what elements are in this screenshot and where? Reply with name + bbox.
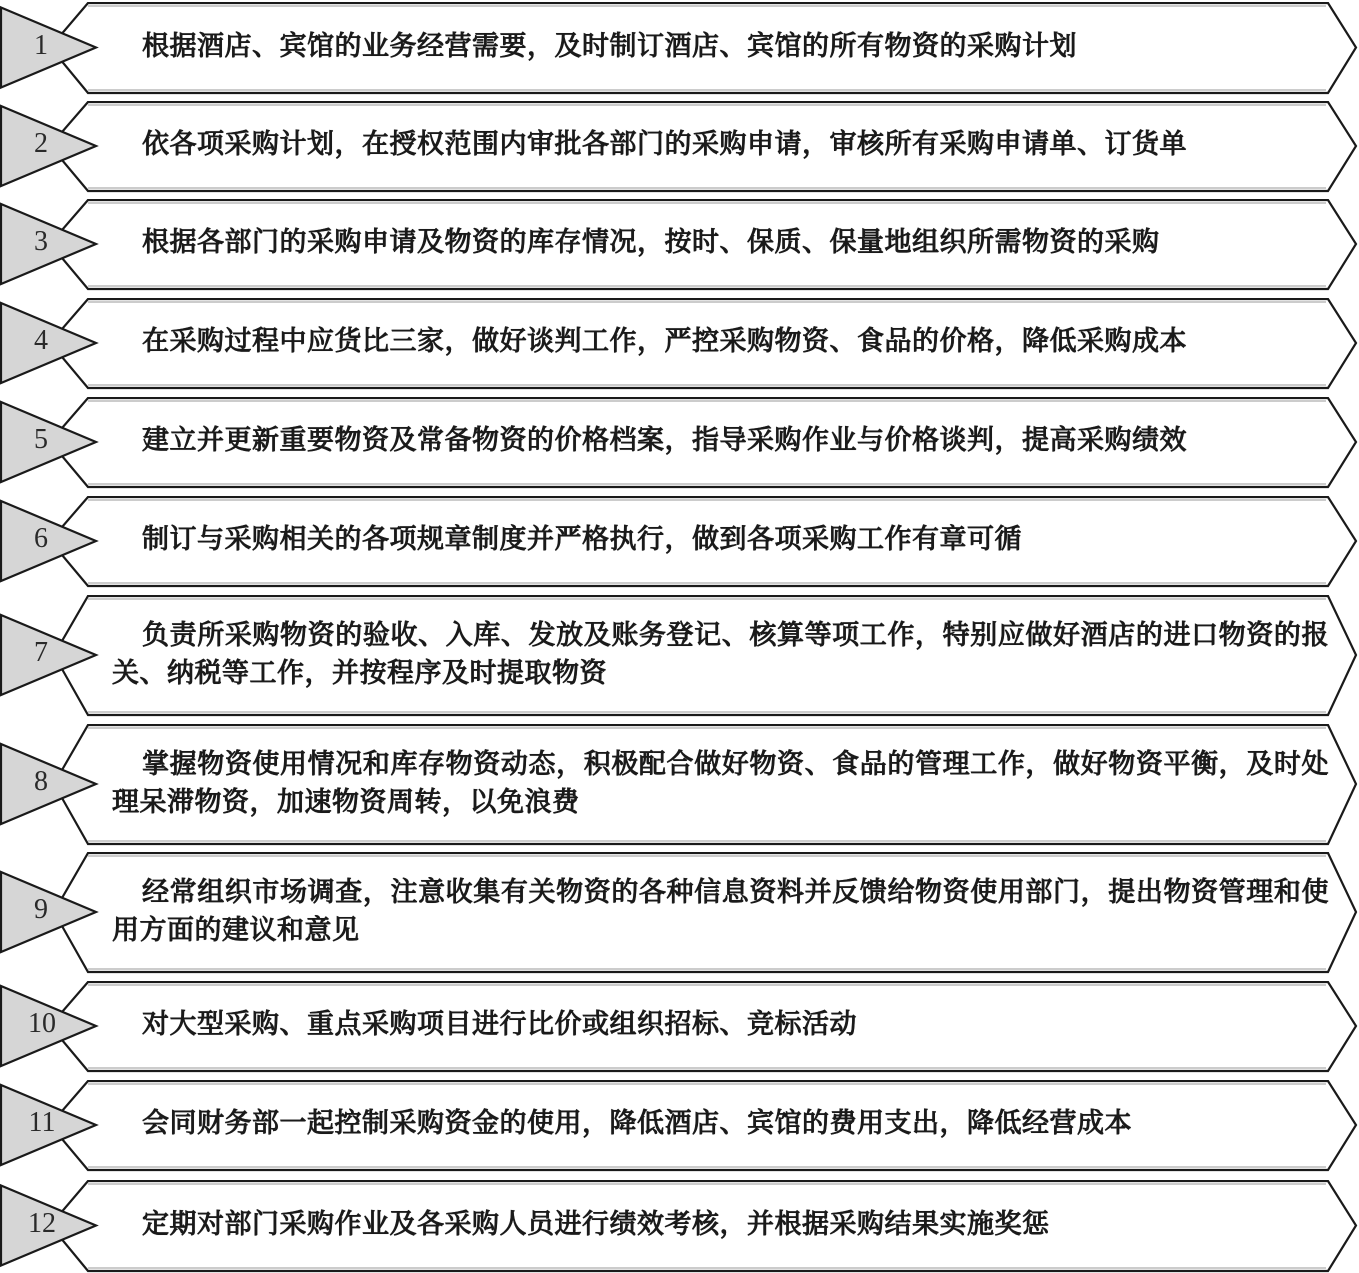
item-text: 根据各部门的采购申请及物资的库存情况，按时、保质、保量地组织所需物资的采购 — [142, 224, 1329, 262]
step-number: 11 — [0, 1107, 84, 1139]
step-number: 12 — [0, 1208, 84, 1240]
list-item-2: 2 依各项采购计划，在授权范围内审批各部门的采购申请，审核所有采购申请单、订货单 — [0, 101, 1359, 191]
step-number: 6 — [0, 523, 82, 555]
item-text: 掌握物资使用情况和库存物资动态，积极配合做好物资、食品的管理工作，做好物资平衡，… — [112, 746, 1329, 822]
step-number: 7 — [0, 637, 82, 669]
item-text: 定期对部门采购作业及各采购人员进行绩效考核，并根据采购结果实施奖惩 — [142, 1206, 1329, 1244]
list-item-11: 11 会同财务部一起控制采购资金的使用，降低酒店、宾馆的费用支出，降低经营成本 — [0, 1080, 1359, 1170]
item-text: 根据酒店、宾馆的业务经营需要，及时制订酒店、宾馆的所有物资的采购计划 — [142, 28, 1329, 66]
step-number: 4 — [0, 325, 82, 357]
item-text: 会同财务部一起控制采购资金的使用，降低酒店、宾馆的费用支出，降低经营成本 — [142, 1105, 1329, 1143]
list-item-10: 10 对大型采购、重点采购项目进行比价或组织招标、竞标活动 — [0, 981, 1359, 1071]
list-item-3: 3 根据各部门的采购申请及物资的库存情况，按时、保质、保量地组织所需物资的采购 — [0, 199, 1359, 289]
step-number: 1 — [0, 30, 82, 62]
step-number: 3 — [0, 226, 82, 258]
list-item-6: 6 制订与采购相关的各项规章制度并严格执行，做到各项采购工作有章可循 — [0, 496, 1359, 586]
step-number: 9 — [0, 894, 82, 926]
step-number: 10 — [0, 1008, 84, 1040]
item-text: 依各项采购计划，在授权范围内审批各部门的采购申请，审核所有采购申请单、订货单 — [142, 126, 1329, 164]
list-item-9: 9 经常组织市场调查，注意收集有关物资的各种信息资料并反馈给物资使用部门，提出物… — [0, 852, 1359, 972]
list-item-7: 7 负责所采购物资的验收、入库、发放及账务登记、核算等项工作，特别应做好酒店的进… — [0, 595, 1359, 715]
item-text: 对大型采购、重点采购项目进行比价或组织招标、竞标活动 — [142, 1006, 1329, 1044]
step-number: 8 — [0, 766, 82, 798]
item-text: 负责所采购物资的验收、入库、发放及账务登记、核算等项工作，特别应做好酒店的进口物… — [112, 617, 1329, 693]
list-item-4: 4 在采购过程中应货比三家，做好谈判工作，严控采购物资、食品的价格，降低采购成本 — [0, 298, 1359, 388]
item-text: 建立并更新重要物资及常备物资的价格档案，指导采购作业与价格谈判，提高采购绩效 — [142, 422, 1329, 460]
list-item-12: 12 定期对部门采购作业及各采购人员进行绩效考核，并根据采购结果实施奖惩 — [0, 1180, 1359, 1271]
list-item-1: 1 根据酒店、宾馆的业务经营需要，及时制订酒店、宾馆的所有物资的采购计划 — [0, 2, 1359, 93]
step-number: 2 — [0, 128, 82, 160]
list-item-5: 5 建立并更新重要物资及常备物资的价格档案，指导采购作业与价格谈判，提高采购绩效 — [0, 397, 1359, 487]
item-text: 制订与采购相关的各项规章制度并严格执行，做到各项采购工作有章可循 — [142, 521, 1329, 559]
item-text: 经常组织市场调查，注意收集有关物资的各种信息资料并反馈给物资使用部门，提出物资管… — [112, 874, 1329, 950]
item-text: 在采购过程中应货比三家，做好谈判工作，严控采购物资、食品的价格，降低采购成本 — [142, 323, 1329, 361]
step-number: 5 — [0, 424, 82, 456]
list-item-8: 8 掌握物资使用情况和库存物资动态，积极配合做好物资、食品的管理工作，做好物资平… — [0, 724, 1359, 844]
